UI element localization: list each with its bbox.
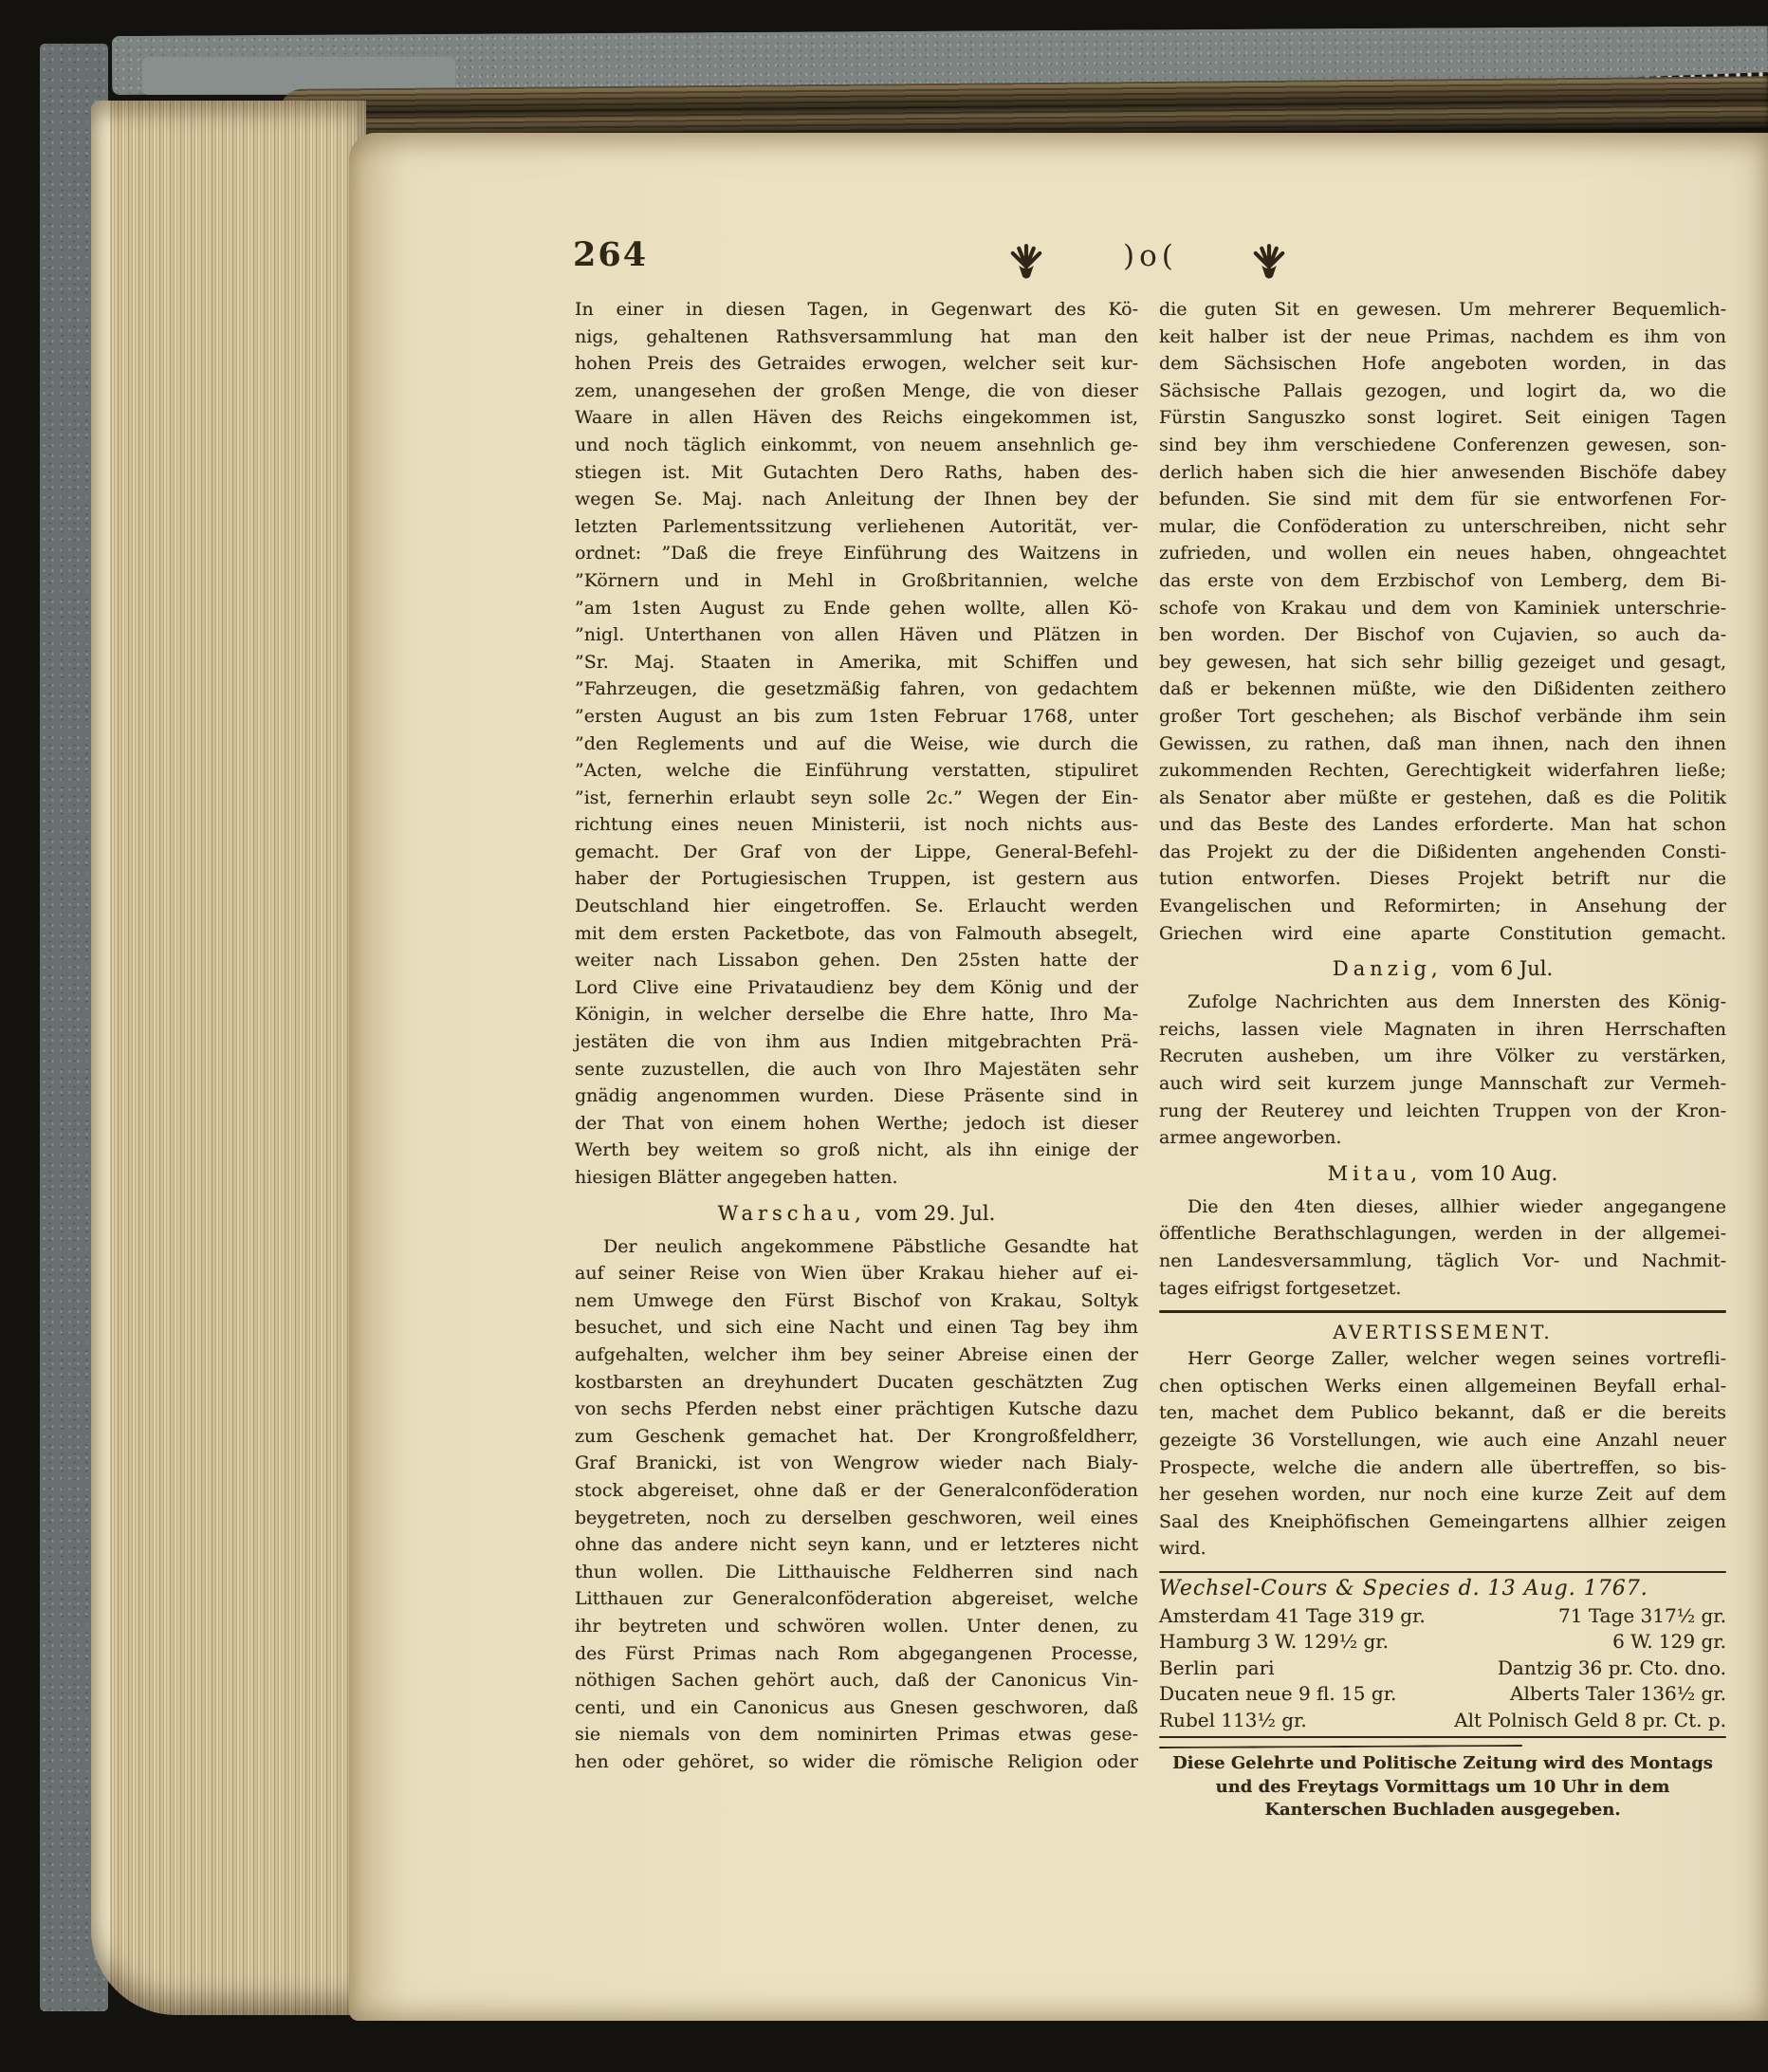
text-line: stock abgereiset, ohne daß er der Genera… xyxy=(575,1477,1138,1505)
text-line: Die den 4ten dieses, allhier wieder ange… xyxy=(1159,1193,1726,1221)
text-line: sind bey ihm verschiedene Conferenzen ge… xyxy=(1159,432,1726,459)
dateline-mitau: Mitau,vom 10 Aug. xyxy=(1159,1159,1726,1188)
exchange-left: Rubel 113½ gr. xyxy=(1159,1708,1307,1734)
exchange-heading: Wechsel-Cours & Species d. 13 Aug. 1767. xyxy=(1159,1573,1726,1603)
text-line: zum Geschenk gemachet hat. Der Krongroßf… xyxy=(575,1423,1138,1451)
exchange-right: 71 Tage 317½ gr. xyxy=(1558,1603,1726,1630)
exchange-left: Hamburg 3 W. 129½ gr. xyxy=(1159,1629,1389,1656)
dateline-city: Danzig, xyxy=(1333,957,1443,980)
exchange-right: Alberts Taler 136½ gr. xyxy=(1510,1681,1726,1708)
exchange-right: Dantzig 36 pr. Cto. dno. xyxy=(1498,1656,1726,1682)
text-line: nöthigen Sachen gehört auch, daß der Can… xyxy=(575,1667,1138,1694)
dateline-danzig: Danzig,vom 6 Jul. xyxy=(1159,954,1726,983)
text-line: haber der Portugiesischen Truppen, ist g… xyxy=(575,865,1138,893)
text-line: Diese Gelehrte und Politische Zeitung wi… xyxy=(1159,1752,1726,1776)
dateline-warschau: Warschau,vom 29. Jul. xyxy=(575,1199,1138,1228)
text-line: öffentliche Berathschlagungen, werden in… xyxy=(1159,1220,1726,1248)
text-line: centi, und ein Canonicus aus Gnesen gesc… xyxy=(575,1694,1138,1722)
exchange-right: 6 W. 129 gr. xyxy=(1612,1629,1726,1656)
text-line: mit dem ersten Packetbote, das von Falmo… xyxy=(575,920,1138,948)
text-line: auch wird seit kurzem junge Mannschaft z… xyxy=(1159,1070,1726,1098)
text-line: jestäten die von ihm aus Indien mitgebra… xyxy=(575,1028,1138,1056)
text-line: großer Tort geschehen; als Bischof verbä… xyxy=(1159,703,1726,731)
text-line: stiegen ist. Mit Gutachten Dero Raths, h… xyxy=(575,459,1138,487)
text-line: ”Acten, welche die Einführung verstatten… xyxy=(575,757,1138,785)
text-line: thun wollen. Die Litthauische Feldherren… xyxy=(575,1559,1138,1586)
text-line: sie niemals von dem nominirten Primas et… xyxy=(575,1721,1138,1748)
exchange-right: Alt Polnisch Geld 8 pr. Ct. p. xyxy=(1454,1708,1726,1734)
text-line: wegen Se. Maj. nach Anleitung der Ihnen … xyxy=(575,486,1138,513)
text-line: beygetreten, noch zu derselben geschwore… xyxy=(575,1505,1138,1532)
text-line: gezeigte 36 Vorstellungen, wie auch eine… xyxy=(1159,1427,1726,1454)
exchange-left: Amsterdam 41 Tage 319 gr. xyxy=(1159,1603,1426,1630)
text-line: Waare in allen Häven des Reichs eingekom… xyxy=(575,404,1138,432)
text-line: schofe von Krakau und dem von Kaminiek u… xyxy=(1159,595,1726,622)
text-line: rung der Reuterey und leichten Truppen v… xyxy=(1159,1098,1726,1125)
exchange-left: Ducaten neue 9 fl. 15 gr. xyxy=(1159,1681,1396,1708)
exchange-row: Hamburg 3 W. 129½ gr.6 W. 129 gr. xyxy=(1159,1629,1726,1656)
text-line: tages eifrigst fortgesetzet. xyxy=(1159,1275,1726,1303)
dateline-date: vom 10 Aug. xyxy=(1431,1162,1557,1185)
text-line: chen optischen Werks einen allgemeinen B… xyxy=(1159,1373,1726,1400)
text-line: das Projekt zu der die Dißidenten angehe… xyxy=(1159,839,1726,866)
dateline-date: vom 29. Jul. xyxy=(875,1202,996,1225)
text-line: Litthauen zur Generalconföderation abger… xyxy=(575,1585,1138,1613)
avertissement-heading: AVERTISSEMENT. xyxy=(1159,1319,1726,1345)
text-line: Kanterschen Buchladen ausgegeben. xyxy=(1159,1799,1726,1822)
article-danzig: Zufolge Nachrichten aus dem Innersten de… xyxy=(1159,989,1726,1152)
exchange-row: Ducaten neue 9 fl. 15 gr.Alberts Taler 1… xyxy=(1159,1681,1726,1708)
text-line: die guten Sit en gewesen. Um mehrerer Be… xyxy=(1159,296,1726,324)
exchange-table: Amsterdam 41 Tage 319 gr.71 Tage 317½ gr… xyxy=(1159,1603,1726,1734)
text-line: mular, die Conföderation zu unterschreib… xyxy=(1159,513,1726,541)
text-line: Werth bey weitem so groß nicht, als ihn … xyxy=(575,1137,1138,1164)
text-line: ”Sr. Maj. Staaten in Amerika, mit Schiff… xyxy=(575,649,1138,676)
text-line: ”ist, fernerhin erlaubt seyn solle 2c.” … xyxy=(575,785,1138,812)
text-line: ihr beytreten und schwören wollen. Unter… xyxy=(575,1613,1138,1640)
text-line: des Fürst Primas nach Rom abgegangenen P… xyxy=(575,1640,1138,1668)
exchange-row: Amsterdam 41 Tage 319 gr.71 Tage 317½ gr… xyxy=(1159,1603,1726,1630)
text-line: besuchet, und sich eine Nacht und einen … xyxy=(575,1314,1138,1341)
text-line: armee angeworben. xyxy=(1159,1124,1726,1152)
book-scan: 264 )o( In einer in diesen Tagen, in Geg… xyxy=(0,0,1768,2072)
text-line: Königin, in welcher derselbe die Ehre ha… xyxy=(575,1001,1138,1028)
article-avertissement: Herr George Zaller, welcher wegen seines… xyxy=(1159,1345,1726,1563)
text-line: ”nigl. Unterthanen von allen Häven und P… xyxy=(575,621,1138,649)
text-line: ben worden. Der Bischof von Cujavien, so… xyxy=(1159,621,1726,649)
text-line: Zufolge Nachrichten aus dem Innersten de… xyxy=(1159,989,1726,1016)
text-line: das erste von dem Erzbischof von Lemberg… xyxy=(1159,567,1726,595)
text-line: tution entworfen. Dieses Projekt betrift… xyxy=(1159,865,1726,893)
text-line: ”Körnern und in Mehl in Großbritannien, … xyxy=(575,567,1138,595)
text-line: richtung eines neuen Ministerii, ist noc… xyxy=(575,811,1138,839)
text-line: bey gewesen, hat sich sehr billig gezeig… xyxy=(1159,649,1726,676)
article-mitau: Die den 4ten dieses, allhier wieder ange… xyxy=(1159,1193,1726,1302)
article-warschau-continuation: die guten Sit en gewesen. Um mehrerer Be… xyxy=(1159,296,1726,947)
text-line: und des Freytags Vormittags um 10 Uhr in… xyxy=(1159,1776,1726,1800)
text-line: nen Landesversammlung, täglich Vor- und … xyxy=(1159,1248,1726,1275)
text-line: hohen Preis des Getraides erwogen, welch… xyxy=(575,350,1138,378)
text-line: befunden. Sie sind mit dem für sie entwo… xyxy=(1159,486,1726,513)
text-line: kostbarsten an dreyhundert Ducaten gesch… xyxy=(575,1369,1138,1397)
article-warschau: Der neulich angekommene Päbstliche Gesan… xyxy=(575,1233,1138,1776)
text-line: Griechen wird eine aparte Constitution g… xyxy=(1159,920,1726,948)
article-london: In einer in diesen Tagen, in Gegenwart d… xyxy=(575,296,1138,1192)
page-stack-edges xyxy=(91,101,366,2015)
text-line: Sächsische Pallais gezogen, und logirt d… xyxy=(1159,378,1726,405)
text-line: her gesehen worden, nur noch eine kurze … xyxy=(1159,1481,1726,1508)
section-rule xyxy=(1159,1736,1726,1738)
text-line: Prospecte, welche die andern alle übertr… xyxy=(1159,1454,1726,1482)
text-line: letzten Parlementssitzung verliehenen Au… xyxy=(575,513,1138,541)
text-line: weiter nach Lissabon gehen. Den 25sten h… xyxy=(575,947,1138,974)
exchange-left: Berlin pari xyxy=(1159,1656,1275,1682)
dateline-date: vom 6 Jul. xyxy=(1452,957,1553,980)
text-line: aufgehalten, welcher ihm bey seiner Abre… xyxy=(575,1341,1138,1369)
right-text-column: die guten Sit en gewesen. Um mehrerer Be… xyxy=(1159,296,1726,1822)
text-line: Gewissen, zu rathen, daß man ihnen, nach… xyxy=(1159,731,1726,758)
text-line: Lord Clive eine Privataudienz bey dem Kö… xyxy=(575,974,1138,1002)
text-line: derlich haben sich die hier anwesenden B… xyxy=(1159,459,1726,487)
text-line: Deutschland hier eingetroffen. Se. Erlau… xyxy=(575,893,1138,920)
text-line: ”den Reglements und auf die Weise, wie d… xyxy=(575,731,1138,758)
section-rule xyxy=(1159,1310,1726,1313)
exchange-row: Rubel 113½ gr.Alt Polnisch Geld 8 pr. Ct… xyxy=(1159,1708,1726,1734)
text-line: dem Sächsischen Hofe angeboten worden, i… xyxy=(1159,350,1726,378)
exchange-row: Berlin pariDantzig 36 pr. Cto. dno. xyxy=(1159,1656,1726,1682)
text-line: Herr George Zaller, welcher wegen seines… xyxy=(1159,1345,1726,1373)
text-line: zufrieden, und wollen ein neues haben, o… xyxy=(1159,540,1726,567)
text-line: als Senator aber müßte er gestehen, daß … xyxy=(1159,785,1726,812)
text-line: der That von einem hohen Werthe; jedoch … xyxy=(575,1110,1138,1138)
text-line: und das Beste des Landes erforderte. Man… xyxy=(1159,811,1726,839)
dateline-city: Mitau, xyxy=(1328,1162,1422,1185)
text-line: keit halber ist der neue Primas, nachdem… xyxy=(1159,324,1726,351)
text-line: auf seiner Reise von Wien über Krakau hi… xyxy=(575,1260,1138,1287)
text-line: Graf Branicki, ist von Wengrow wieder na… xyxy=(575,1450,1138,1477)
text-line: zem, unangesehen der großen Menge, die v… xyxy=(575,378,1138,405)
text-line: daß er bekennen müßte, wie den Dißidente… xyxy=(1159,675,1726,703)
text-line: hiesigen Blätter angegeben hatten. xyxy=(575,1164,1138,1192)
dateline-city: Warschau, xyxy=(718,1202,866,1225)
printer-ornament-icon xyxy=(1248,243,1290,281)
text-line: sente zuzustellen, die auch von Ihro Maj… xyxy=(575,1056,1138,1083)
text-line: nem Umwege den Fürst Bischof von Krakau,… xyxy=(575,1287,1138,1315)
text-line: Saal des Kneiphöfischen Gemeingartens al… xyxy=(1159,1508,1726,1536)
text-line: reichs, lassen viele Magnaten in ihren H… xyxy=(1159,1016,1726,1044)
text-line: ”ersten August an bis zum 1sten Februar … xyxy=(575,703,1138,731)
text-line: Der neulich angekommene Päbstliche Gesan… xyxy=(575,1233,1138,1261)
text-line: ten, machet dem Publico bekannt, daß er … xyxy=(1159,1399,1726,1427)
text-line: zukommenden Rechten, Gerechtigkeit wider… xyxy=(1159,757,1726,785)
text-line: wird. xyxy=(1159,1535,1726,1563)
text-line: gnädig angenommen wurden. Diese Präsente… xyxy=(575,1082,1138,1110)
signature-mark: )o( xyxy=(1123,239,1178,273)
text-line: ordnet: ”Daß die freye Einführung des Wa… xyxy=(575,540,1138,567)
text-line: nigs, gehaltenen Rathsversammlung hat ma… xyxy=(575,324,1138,351)
page-number: 264 xyxy=(573,235,648,274)
text-line: ”am 1sten August zu Ende gehen wollte, a… xyxy=(575,595,1138,622)
text-line: ”Fahrzeugen, die gesetzmäßig fahren, von… xyxy=(575,675,1138,703)
left-text-column: In einer in diesen Tagen, in Gegenwart d… xyxy=(575,296,1138,1775)
text-line: gemacht. Der Graf von der Lippe, General… xyxy=(575,839,1138,866)
text-line: In einer in diesen Tagen, in Gegenwart d… xyxy=(575,296,1138,324)
text-line: ohne das andere nicht seyn kann, und er … xyxy=(575,1531,1138,1559)
text-line: Recruten ausheben, um ihre Völker zu ver… xyxy=(1159,1043,1726,1070)
imprint-note: Diese Gelehrte und Politische Zeitung wi… xyxy=(1159,1752,1726,1822)
text-line: und noch täglich einkommt, von neuem ans… xyxy=(575,432,1138,459)
section-rule xyxy=(1159,1745,1522,1748)
text-line: Evangelischen und Reformirten; in Ansehu… xyxy=(1159,893,1726,920)
text-line: von sechs Pferden nebst einer prächtigen… xyxy=(575,1396,1138,1423)
text-line: Fürstin Sanguszko sonst logiret. Seit ei… xyxy=(1159,404,1726,432)
text-line: hen oder gehöret, so wider die römische … xyxy=(575,1748,1138,1776)
printer-ornament-icon xyxy=(1005,243,1047,281)
